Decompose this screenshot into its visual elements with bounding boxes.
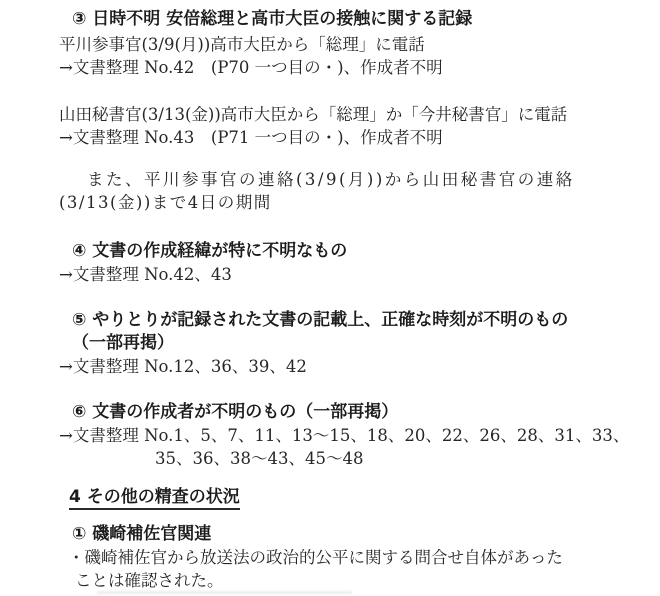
section4-heading: ④ 文書の作成経緯が特に不明なもの: [72, 240, 632, 263]
section6-heading: ⑥ 文書の作成者が不明のもの（一部再掲）: [72, 401, 632, 424]
section3-note-line1: また、平川参事官の連絡(3/9(月))から山田秘書官の連絡: [59, 168, 632, 191]
section3-entry2: 山田秘書官(3/13(金))高市大臣から「総理」か「今井秘書官」に電話 →文書整…: [59, 103, 632, 149]
section5: ⑤ やりとりが記録された文書の記載上、正確な時刻が不明のもの （一部再掲） →文…: [59, 309, 632, 378]
section6: ⑥ 文書の作成者が不明のもの（一部再掲） →文書整理 No.1、5、7、11、1…: [59, 401, 632, 470]
section3-entry1: 平川参事官(3/9(月))高市大臣から「総理」に電話 →文書整理 No.42 (…: [59, 33, 632, 79]
document-body: ③ 日時不明 安倍総理と高市大臣の接触に関する記録 平川参事官(3/9(月))高…: [0, 0, 660, 592]
isozaki-bullet-line2: ことは確認された。: [59, 569, 632, 592]
section3-entry1-reference: →文書整理 No.42 (P70 一つ目の・)、作成者不明: [59, 56, 632, 79]
isozaki-section: ① 磯崎補佐官関連 ・磯崎補佐官から放送法の政治的公平に関する問合せ自体があった…: [59, 523, 632, 592]
section6-reference-line1: →文書整理 No.1、5、7、11、13～15、18、20、22、26、28、3…: [59, 424, 632, 447]
section6-reference-line2: 35、36、38～43、45～48: [59, 447, 632, 470]
section3-heading: ③ 日時不明 安倍総理と高市大臣の接触に関する記録: [72, 8, 632, 31]
chapter4-heading: 4 その他の精査の状況: [69, 487, 240, 510]
section3-entry2-line1: 山田秘書官(3/13(金))高市大臣から「総理」か「今井秘書官」に電話: [59, 103, 632, 126]
section3-entry1-line1: 平川参事官(3/9(月))高市大臣から「総理」に電話: [59, 33, 632, 56]
page-bottom-cutoff-artifact: [97, 591, 352, 594]
section5-reference: →文書整理 No.12、36、39、42: [59, 355, 632, 378]
section3-note: また、平川参事官の連絡(3/9(月))から山田秘書官の連絡 (3/13(金))ま…: [59, 168, 632, 214]
document-page: ③ 日時不明 安倍総理と高市大臣の接触に関する記録 平川参事官(3/9(月))高…: [0, 0, 660, 596]
section4: ④ 文書の作成経緯が特に不明なもの →文書整理 No.42、43: [59, 240, 632, 286]
section3-note-line2: (3/13(金))まで4日の期間: [59, 191, 632, 214]
section5-heading-line2: （一部再掲）: [72, 332, 632, 355]
isozaki-bullet-line1: ・磯崎補佐官から放送法の政治的公平に関する問合せ自体があった: [59, 546, 632, 569]
section4-reference: →文書整理 No.42、43: [59, 263, 632, 286]
chapter4: 4 その他の精査の状況: [59, 487, 632, 510]
section3-entry2-reference: →文書整理 No.43 (P71 一つ目の・)、作成者不明: [59, 126, 632, 149]
isozaki-heading: ① 磯崎補佐官関連: [72, 523, 632, 546]
section5-heading-line1: ⑤ やりとりが記録された文書の記載上、正確な時刻が不明のもの: [72, 309, 632, 332]
